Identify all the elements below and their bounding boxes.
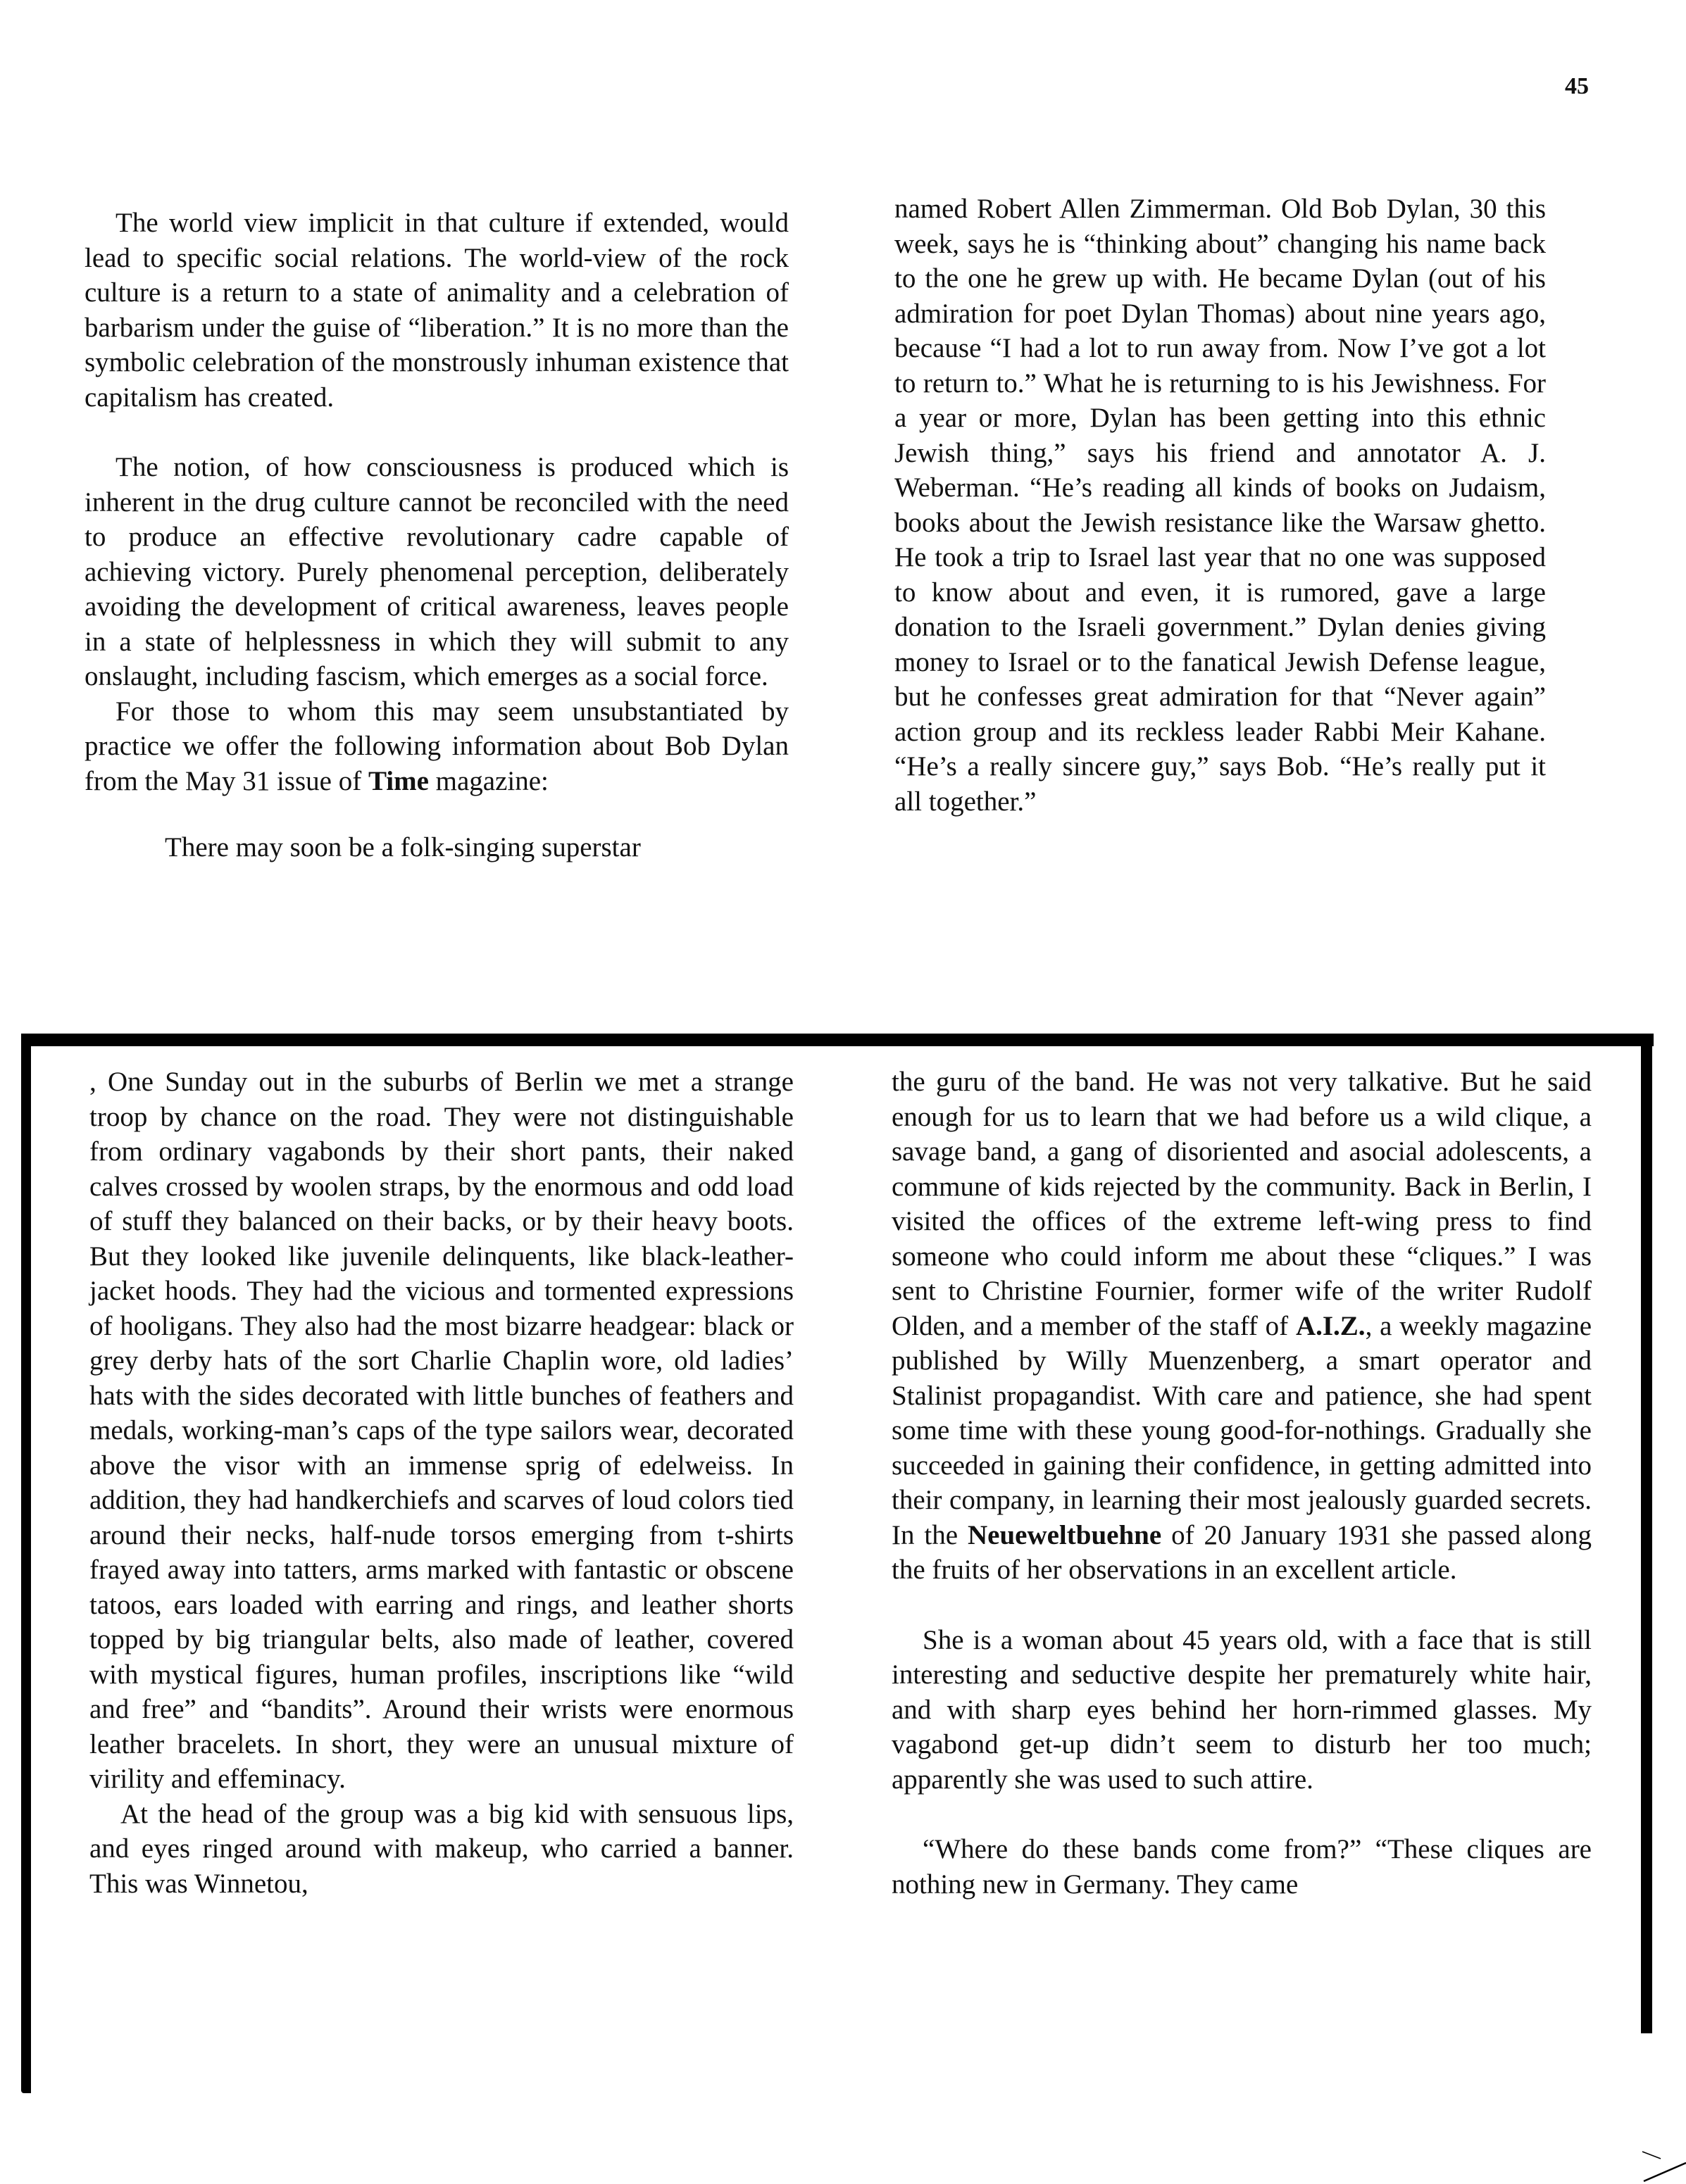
top-left-column: The world view implicit in that culture … (85, 206, 789, 865)
boxed-excerpt-right-column: the guru of the band. He was not very ta… (892, 1065, 1592, 1902)
paragraph-drug-culture: The notion, of how consciousness is prod… (85, 450, 789, 694)
text-span: the guru of the band. He was not very ta… (892, 1067, 1592, 1341)
scan-corner-mark-icon (1641, 2147, 1686, 2184)
publication-name-time: Time (368, 766, 429, 796)
paragraph-gap (892, 1588, 1592, 1623)
publication-name-neueweltbuehne: Neueweltbuehne (968, 1520, 1161, 1550)
paragraph-bands-origin: “Where do these bands come from?” “These… (892, 1832, 1592, 1902)
quote-start: There may soon be a folk-singing superst… (85, 830, 789, 865)
text-span: , a weekly magazine published by Willy M… (892, 1311, 1592, 1550)
paragraph-gap (892, 1797, 1592, 1832)
paragraph-head-of-group: At the head of the group was a big kid w… (89, 1797, 794, 1902)
text-span: magazine: (429, 766, 549, 796)
boxed-excerpt-left-column: , One Sunday out in the suburbs of Berli… (89, 1065, 794, 1901)
top-right-column: named Robert Allen Zimmerman. Old Bob Dy… (894, 192, 1546, 819)
publication-name-aiz: A.I.Z. (1296, 1311, 1366, 1341)
paragraph-woman-description: She is a woman about 45 years old, with … (892, 1623, 1592, 1797)
paragraph-guru: the guru of the band. He was not very ta… (892, 1065, 1592, 1588)
box-border-right (1641, 1034, 1652, 2033)
box-border-top (21, 1034, 1654, 1046)
paragraph-strange-troop: , One Sunday out in the suburbs of Berli… (89, 1065, 794, 1797)
page-number: 45 (1565, 73, 1589, 100)
paragraph-gap (85, 415, 789, 450)
paragraph-rock-culture: The world view implicit in that culture … (85, 206, 789, 415)
paragraph-time-intro: For those to whom this may seem unsubsta… (85, 694, 789, 799)
quote-continuation: named Robert Allen Zimmerman. Old Bob Dy… (894, 192, 1546, 819)
box-border-left (21, 1034, 31, 2093)
